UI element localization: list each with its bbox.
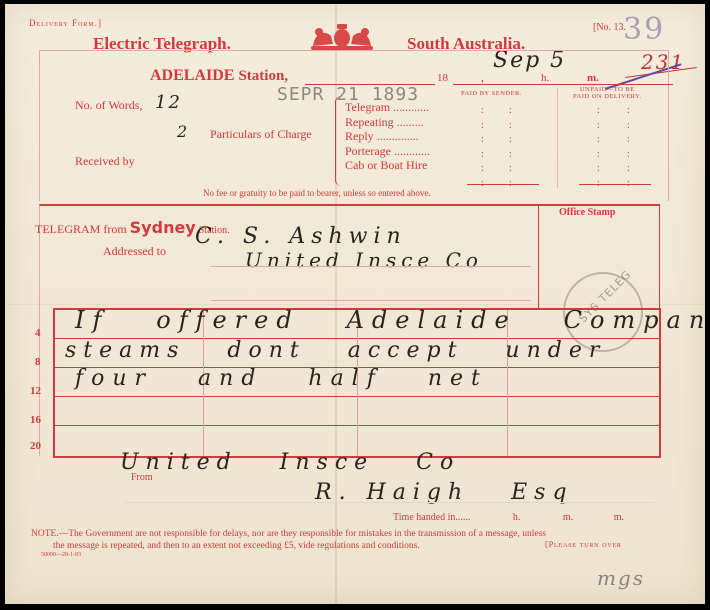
word-count-4: 4 — [35, 327, 41, 339]
handwritten-word-count: 12 — [155, 92, 182, 113]
year-prefix: 18 — [437, 72, 448, 84]
word-count-16: 16 — [30, 414, 41, 426]
handwritten-pencil-number: 39 — [623, 12, 665, 47]
station-name: ADELAIDE — [150, 67, 234, 84]
handwritten-addressee-company: United Insce Co — [245, 248, 483, 272]
handwritten-message-line-2: steams dont accept under — [65, 338, 606, 363]
from-line — [125, 502, 655, 503]
telegram-from-station: Sydney — [130, 218, 196, 237]
time-handed-in-label: Time handed in...... — [393, 512, 470, 523]
handwritten-initials: mgs — [597, 566, 645, 590]
office-stamp-label: Office Stamp — [559, 207, 615, 218]
word-count-8: 8 — [35, 356, 41, 368]
address-line-1 — [211, 266, 531, 267]
station-suffix: Station, — [238, 68, 288, 84]
word-count-20: 20 — [30, 440, 41, 452]
no-of-words-label: No. of Words, — [75, 98, 142, 113]
charges-brace — [335, 96, 344, 186]
charge-item-cab-boat-hire: Cab or Boat Hire — [345, 158, 430, 173]
delivery-form-label: Delivery Form.] — [29, 18, 102, 28]
unpaid-colons-2: :::::: — [627, 104, 630, 191]
word-count-12: 12 — [30, 385, 41, 397]
unpaid-total-line — [579, 184, 651, 185]
charges-column-divider — [557, 88, 558, 188]
charge-items-list: Telegram ............ Repeating ........… — [345, 100, 430, 173]
unpaid-header-line2: PAID ON DELIVERY. — [573, 93, 642, 100]
unpaid-header-line1: UNPAID—TO BE — [573, 86, 642, 93]
unpaid-header: UNPAID—TO BE PAID ON DELIVERY. — [573, 86, 642, 100]
form-number: [No. 13. — [593, 22, 626, 33]
time-handed-hours: h. — [513, 512, 521, 523]
date-comma: , — [481, 70, 484, 85]
print-code: 50000—20-1-93 — [41, 552, 81, 558]
unpaid-colons-1: :::::: — [597, 104, 600, 191]
charge-item-telegram: Telegram ............ — [345, 100, 430, 115]
paid-colons-2: :::::: — [509, 104, 512, 191]
charge-item-repeating: Repeating ......... — [345, 115, 430, 130]
received-by-label: Received by — [75, 154, 135, 169]
minutes-label: m. — [587, 72, 599, 84]
telegram-from-prefix: TELEGRAM from — [35, 222, 127, 236]
charge-item-porterage: Porterage ............ — [345, 144, 430, 159]
handwritten-message-line-3: four and half net — [75, 366, 488, 391]
time-handed-minutes: m. — [563, 512, 573, 523]
hours-label: h. — [541, 72, 549, 84]
handwritten-particulars-mark: 2 — [177, 122, 189, 141]
particulars-of-charge-label: Particulars of Charge — [210, 127, 312, 142]
handwritten-from-company: United Insce Co — [120, 450, 460, 475]
handwritten-message-line-1: If offered Adelaide Company — [75, 306, 710, 334]
paid-colons-1: :::::: — [481, 104, 484, 191]
handwritten-addressee-name: C. S. Ashwin — [195, 224, 407, 249]
paid-total-line — [467, 184, 539, 185]
address-line-2 — [211, 300, 531, 301]
station-line: ADELAIDE Station, — [150, 67, 288, 85]
time-handed-meridiem: m. — [614, 512, 624, 523]
no-fee-notice: No fee or gratuity to be paid to bearer,… — [203, 188, 431, 198]
coat-of-arms-icon — [307, 22, 377, 52]
paid-by-sender-header: PAID BY SENDER. — [461, 90, 522, 97]
time-handed-in-line: Time handed in...... h. m. m. — [393, 512, 624, 523]
charge-item-reply: Reply .............. — [345, 129, 430, 144]
addressed-to-label: Addressed to — [103, 244, 166, 259]
telegram-form: Delivery Form.] Electric Telegraph. Sout… — [5, 4, 705, 604]
date-underline — [305, 84, 435, 85]
time-underline — [453, 84, 673, 85]
please-turn-over: [Please turn over — [545, 539, 622, 549]
